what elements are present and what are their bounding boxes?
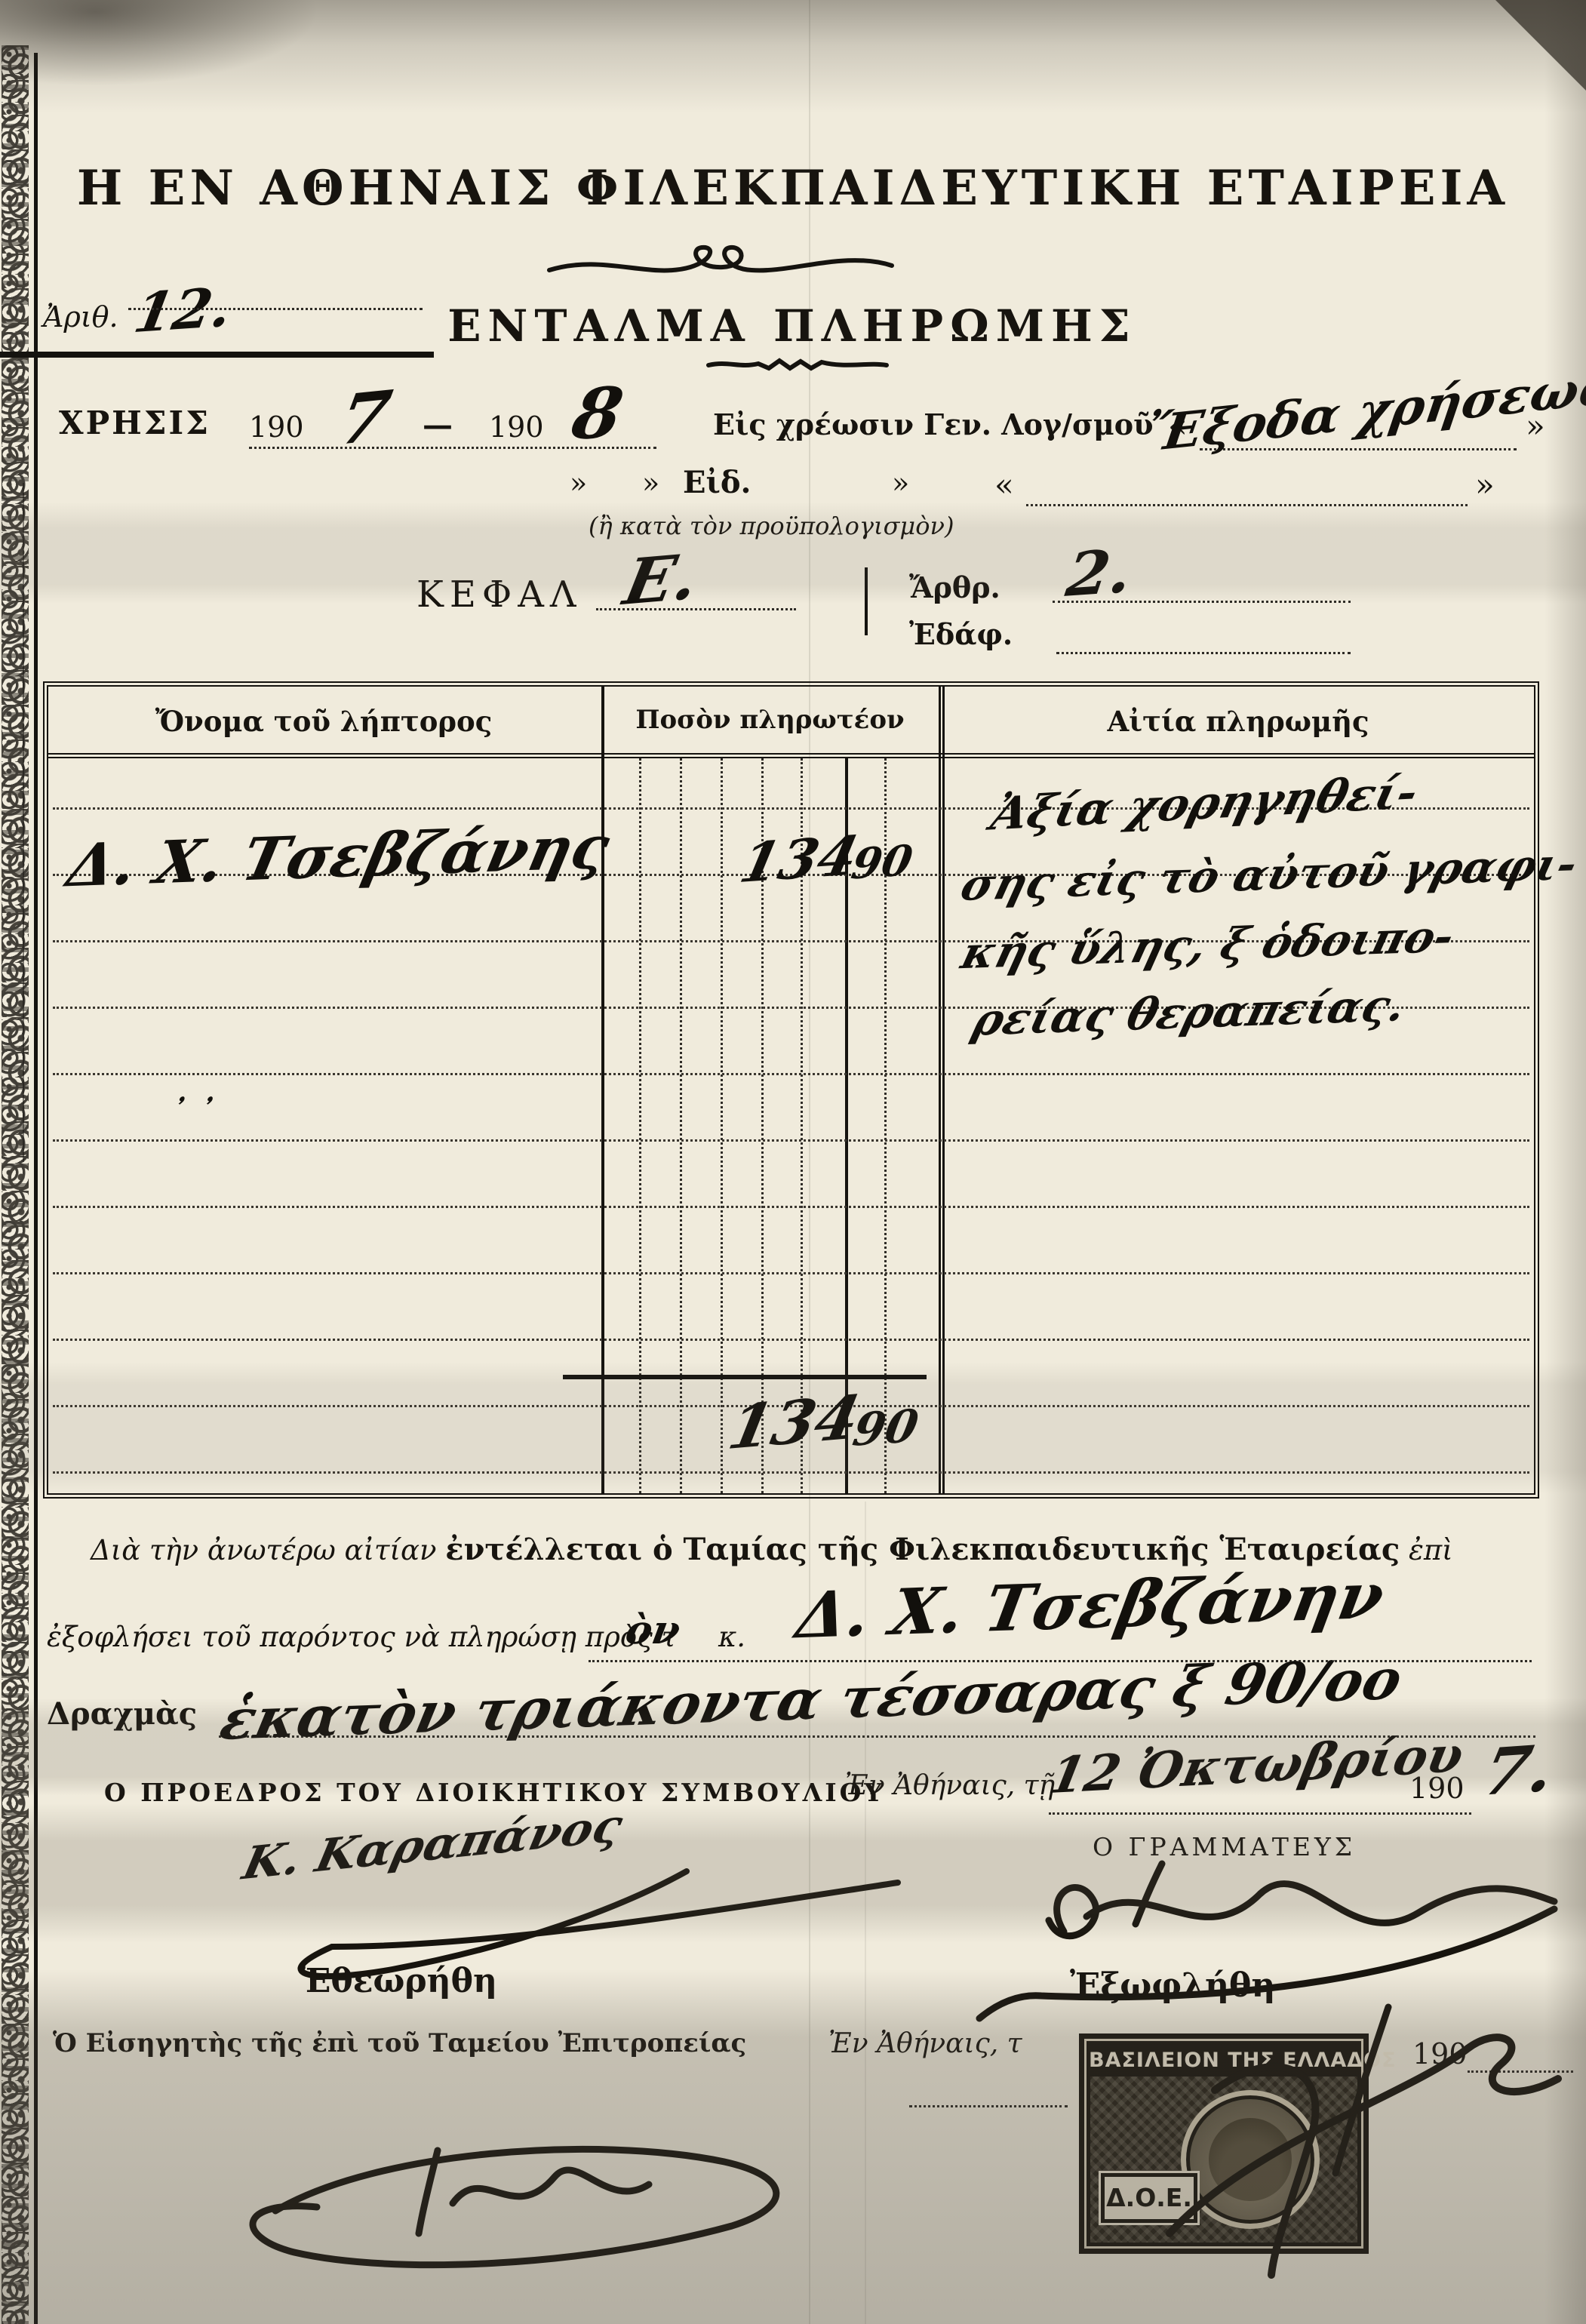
reason-line-3: κῆς ὕλης, ξ ὁδοιπο-	[956, 911, 1459, 979]
drachmas-label: Δραχμὰς	[47, 1696, 197, 1732]
payment-table: Ὄνομα τοῦ λήπτορος Ποσὸν πληρωτέον Αἰτία…	[43, 681, 1539, 1499]
order-payee-hw: Δ. Χ. Τσεβζάνην	[791, 1558, 1390, 1653]
order-k-label: κ.	[718, 1621, 745, 1653]
doc-number-fill-line	[128, 308, 423, 310]
order-article-hw: ὸν	[622, 1607, 684, 1653]
president-label: Ο ΠΡΟΕΔΡΟΣ ΤΟΥ ΔΙΟΙΚΗΤΙΚΟΥ ΣΥΜΒΟΥΛΙΟΥ	[104, 1778, 885, 1807]
auditor-place-label: Ἐν Ἀθήναις, τ	[828, 2028, 1022, 2059]
account-label: Εἰς χρέωσιν Γεν. Λογ/σμοῦ	[713, 407, 1154, 441]
arthr-value-hw: 2.	[1062, 535, 1136, 610]
amount-drachmas-hw: 134	[734, 823, 863, 895]
col-header-reason: Αἰτία πληρωμῆς	[944, 705, 1532, 738]
reason-line-1: Ἀξία χορηγηθεί-	[986, 767, 1423, 841]
account-close-quote: »	[1526, 407, 1545, 444]
ink-mark: ᾽ ᾽	[166, 1094, 217, 1133]
date-fill-line	[1049, 1812, 1471, 1815]
eid-open-quote: «	[994, 466, 1014, 503]
usage-years-dash: —	[423, 407, 453, 443]
year-printed: 190	[1409, 1772, 1465, 1805]
amount-grid-line-3	[721, 758, 723, 1493]
left-ornamental-border	[2, 45, 29, 2324]
doc-number-label: Ἀριθ.	[43, 300, 118, 334]
payee-name-hw: Δ. Χ. Τσεβζάνης	[61, 813, 615, 901]
reason-line-4: ρείας θεραπείας.	[968, 979, 1412, 1046]
kefal-label: ΚΕΦΑΛ	[416, 573, 582, 616]
eid-close-quote: »	[1475, 466, 1495, 503]
place-date-label: Ἐν Ἀθήναις, τῇ	[845, 1770, 1055, 1801]
auditor-signature-icon	[204, 2120, 822, 2316]
total-lepta-hw: 90	[849, 1400, 922, 1457]
org-title: Η ΕΝ ΑΘΗΝΑΙΣ ΦΙΛΕΚΠΑΙΔΕΥΤΙΚΗ ΕΤΑΙΡΕΙΑ	[0, 160, 1586, 217]
amount-lepta-hw: 90	[848, 835, 917, 889]
reason-line-2: σης εἰς τὸ αὐτοῦ γραφι-	[956, 838, 1583, 911]
row-line	[53, 1471, 1529, 1474]
order-line-1: Διὰ τὴν ἀνωτέρω αἰτίαν ἐντέλλεται ὁ Ταμί…	[91, 1532, 1453, 1567]
doc-number-rule	[0, 352, 434, 358]
row-line	[53, 1139, 1529, 1142]
amount-grid-line-2	[680, 758, 682, 1493]
table-header-separator	[48, 753, 1534, 758]
corner-cut	[1495, 0, 1586, 91]
stamp-signature-flourish-icon	[1087, 1984, 1584, 2286]
arthr-label: Ἄρθρ.	[909, 570, 1000, 604]
order-line-2-prefix: ἐξοφλήσει τοῦ παρόντος νὰ πληρώσῃ πρὸς τ	[47, 1621, 677, 1653]
checked-label: Ἐθεωρήθη	[300, 1962, 497, 2000]
edaf-label: Ἐδάφ.	[909, 617, 1013, 651]
row-line	[53, 1272, 1529, 1274]
budget-note: (ἢ κατὰ τὸν προϋπολογισμὸν)	[589, 512, 954, 540]
arthr-fill-line	[1053, 601, 1351, 603]
order-line1-post: ἐπὶ	[1409, 1534, 1453, 1566]
usage-year1-printed: 190	[249, 410, 304, 444]
doc-title-underline-icon	[705, 356, 890, 373]
kefal-divider	[865, 567, 868, 635]
order-line1-pre: Διὰ τὴν ἀνωτέρω αἰτίαν	[91, 1534, 436, 1566]
header-flourish-icon	[543, 240, 898, 282]
left-rule-faint	[23, 483, 24, 1162]
usage-label: ΧΡΗΣΙΣ	[59, 404, 211, 441]
left-rule	[34, 53, 38, 2324]
kefal-fill-line	[596, 608, 796, 610]
scanned-payment-order: Η ΕΝ ΑΘΗΝΑΙΣ ΦΙΛΕΚΠΑΙΔΕΥΤΙΚΗ ΕΤΑΙΡΕΙΑ Ἀρ…	[0, 0, 1586, 2324]
amount-grid-line-1	[639, 758, 641, 1493]
edaf-fill-line	[1056, 652, 1351, 654]
eid-ditto-3: »	[892, 466, 909, 500]
eid-fill-line	[1026, 504, 1468, 506]
account-value-hw: Ἔξοδα χρήσεως 1907/8	[1143, 335, 1586, 463]
row-line	[53, 1206, 1529, 1208]
usage-year2-printed: 190	[489, 410, 544, 444]
year-hw: 7.	[1476, 1730, 1561, 1811]
eid-ditto-1: »	[570, 466, 587, 500]
row-line	[53, 1073, 1529, 1075]
auditor-fill-line	[909, 2105, 1068, 2107]
row-line	[53, 1339, 1529, 1341]
total-drachmas-hw: 134	[723, 1382, 865, 1463]
eid-ditto-2: »	[642, 466, 659, 500]
usage-year2-hw: 8	[567, 371, 629, 455]
sum-rule	[563, 1375, 927, 1379]
col-header-amount: Ποσὸν πληρωτέον	[601, 705, 939, 735]
kefal-value-hw: Ε.	[618, 539, 705, 619]
eid-label: Εἰδ.	[683, 465, 751, 500]
col-header-name: Ὄνομα τοῦ λήπτορος	[48, 705, 599, 738]
usage-fill-line	[249, 447, 656, 449]
auditor-label: Ὁ Εἰσηγητὴς τῆς ἐπὶ τοῦ Ταμείου Ἐπιτροπε…	[53, 2028, 746, 2058]
doc-title: ΕΝΤΑΛΜΑ ΠΛΗΡΩΜΗΣ	[445, 300, 1139, 352]
